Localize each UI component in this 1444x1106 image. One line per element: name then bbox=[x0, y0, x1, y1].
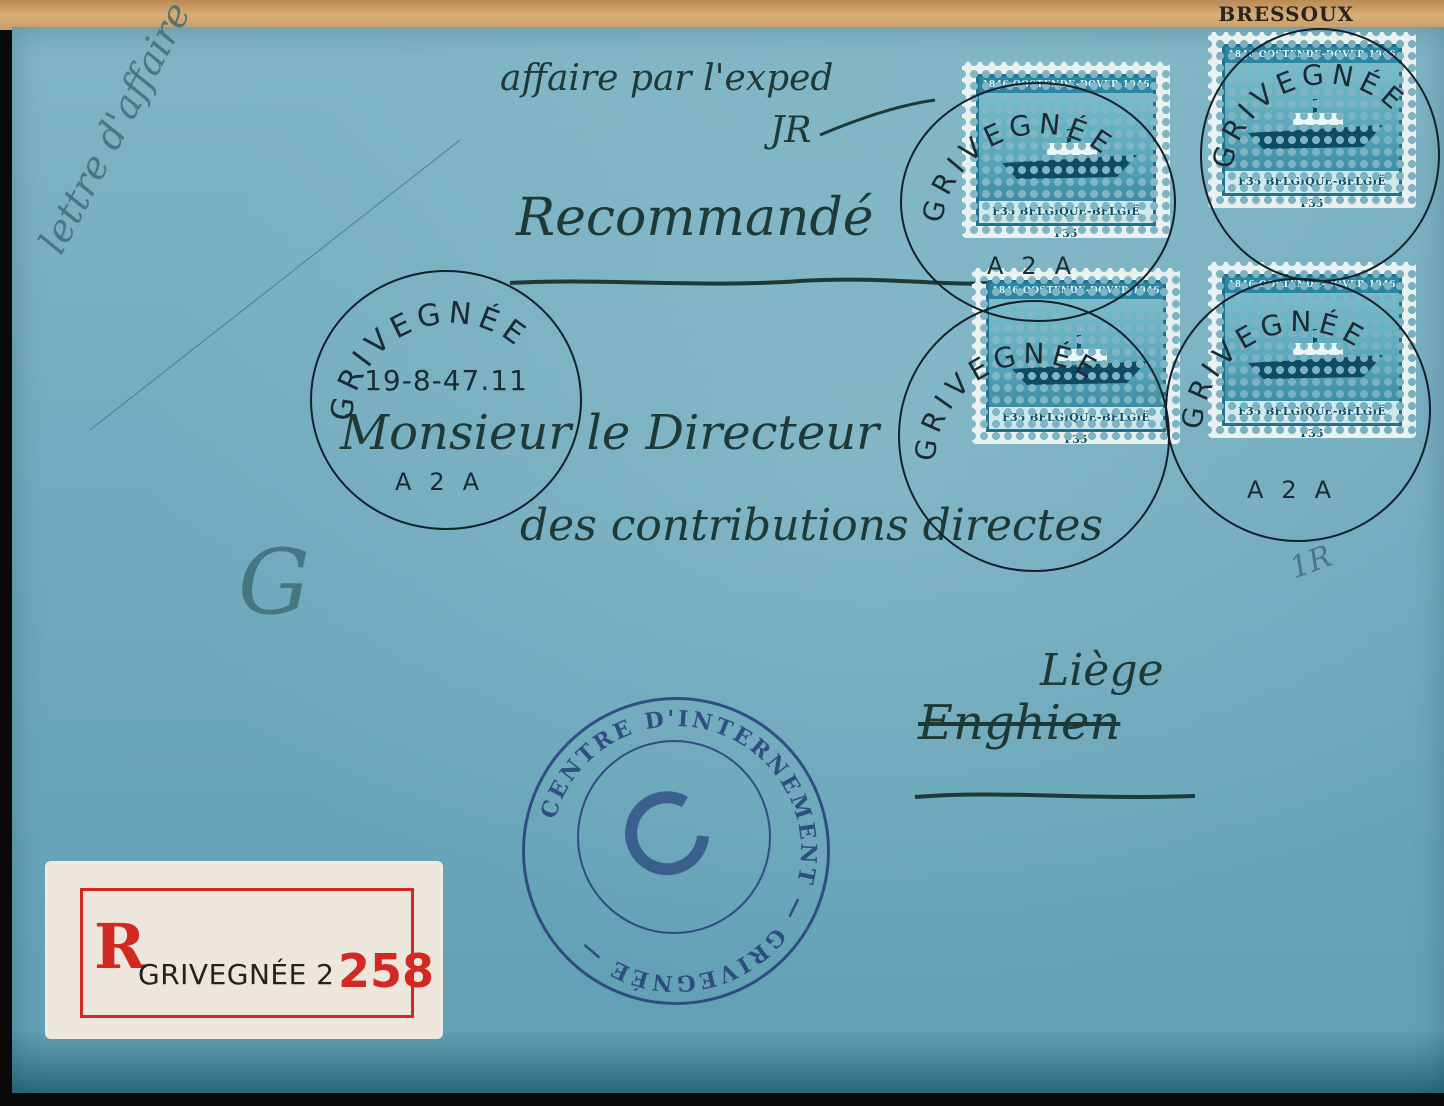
cachet-center-mark-icon bbox=[625, 790, 715, 880]
postmark: GRIVEGNÉE 19-8-47.11 A2A bbox=[310, 270, 582, 530]
svg-text:GRIVEGNÉE: GRIVEGNÉE bbox=[908, 337, 1106, 463]
handwritten-initials: JR bbox=[770, 110, 812, 151]
address-city-new: Liège bbox=[1040, 645, 1164, 696]
internment-cachet: CENTRE D'INTERNEMENT — GRIVEGNÉE — bbox=[522, 697, 830, 1005]
pencil-mark: G bbox=[238, 530, 310, 635]
postmark: GRIVEGNÉE bbox=[898, 300, 1170, 572]
postmark: GRIVEGNÉE A2A bbox=[900, 82, 1176, 322]
backing-typed-text: BRESSOUX bbox=[1218, 2, 1354, 26]
registration-label: R GRIVEGNÉE 2 258 bbox=[48, 864, 440, 1036]
registration-office: GRIVEGNÉE 2 bbox=[138, 958, 335, 991]
svg-text:GRIVEGNÉE: GRIVEGNÉE bbox=[1206, 57, 1414, 171]
address-city-crossed-out: Enghien bbox=[918, 695, 1120, 751]
postmark-date: 19-8-47.11 bbox=[312, 364, 580, 397]
registration-number: 258 bbox=[338, 944, 434, 998]
postmark: GRIVEGNÉE bbox=[1200, 28, 1440, 282]
postmark: GRIVEGNÉE A2A bbox=[1165, 278, 1431, 542]
handwritten-corner-note: affaire par l'exped bbox=[500, 58, 833, 99]
svg-text:GRIVEGNÉE: GRIVEGNÉE bbox=[916, 107, 1122, 225]
handwritten-service-note: Recommandé bbox=[516, 188, 874, 248]
postmark-code: A2A bbox=[312, 468, 580, 496]
svg-text:GRIVEGNÉE: GRIVEGNÉE bbox=[1175, 305, 1373, 431]
svg-text:GRIVEGNÉE: GRIVEGNÉE bbox=[324, 295, 536, 423]
backing-strip: BRESSOUX bbox=[0, 0, 1444, 30]
postmark-code: A2A bbox=[1167, 476, 1429, 504]
postmark-code: A2A bbox=[902, 252, 1174, 280]
